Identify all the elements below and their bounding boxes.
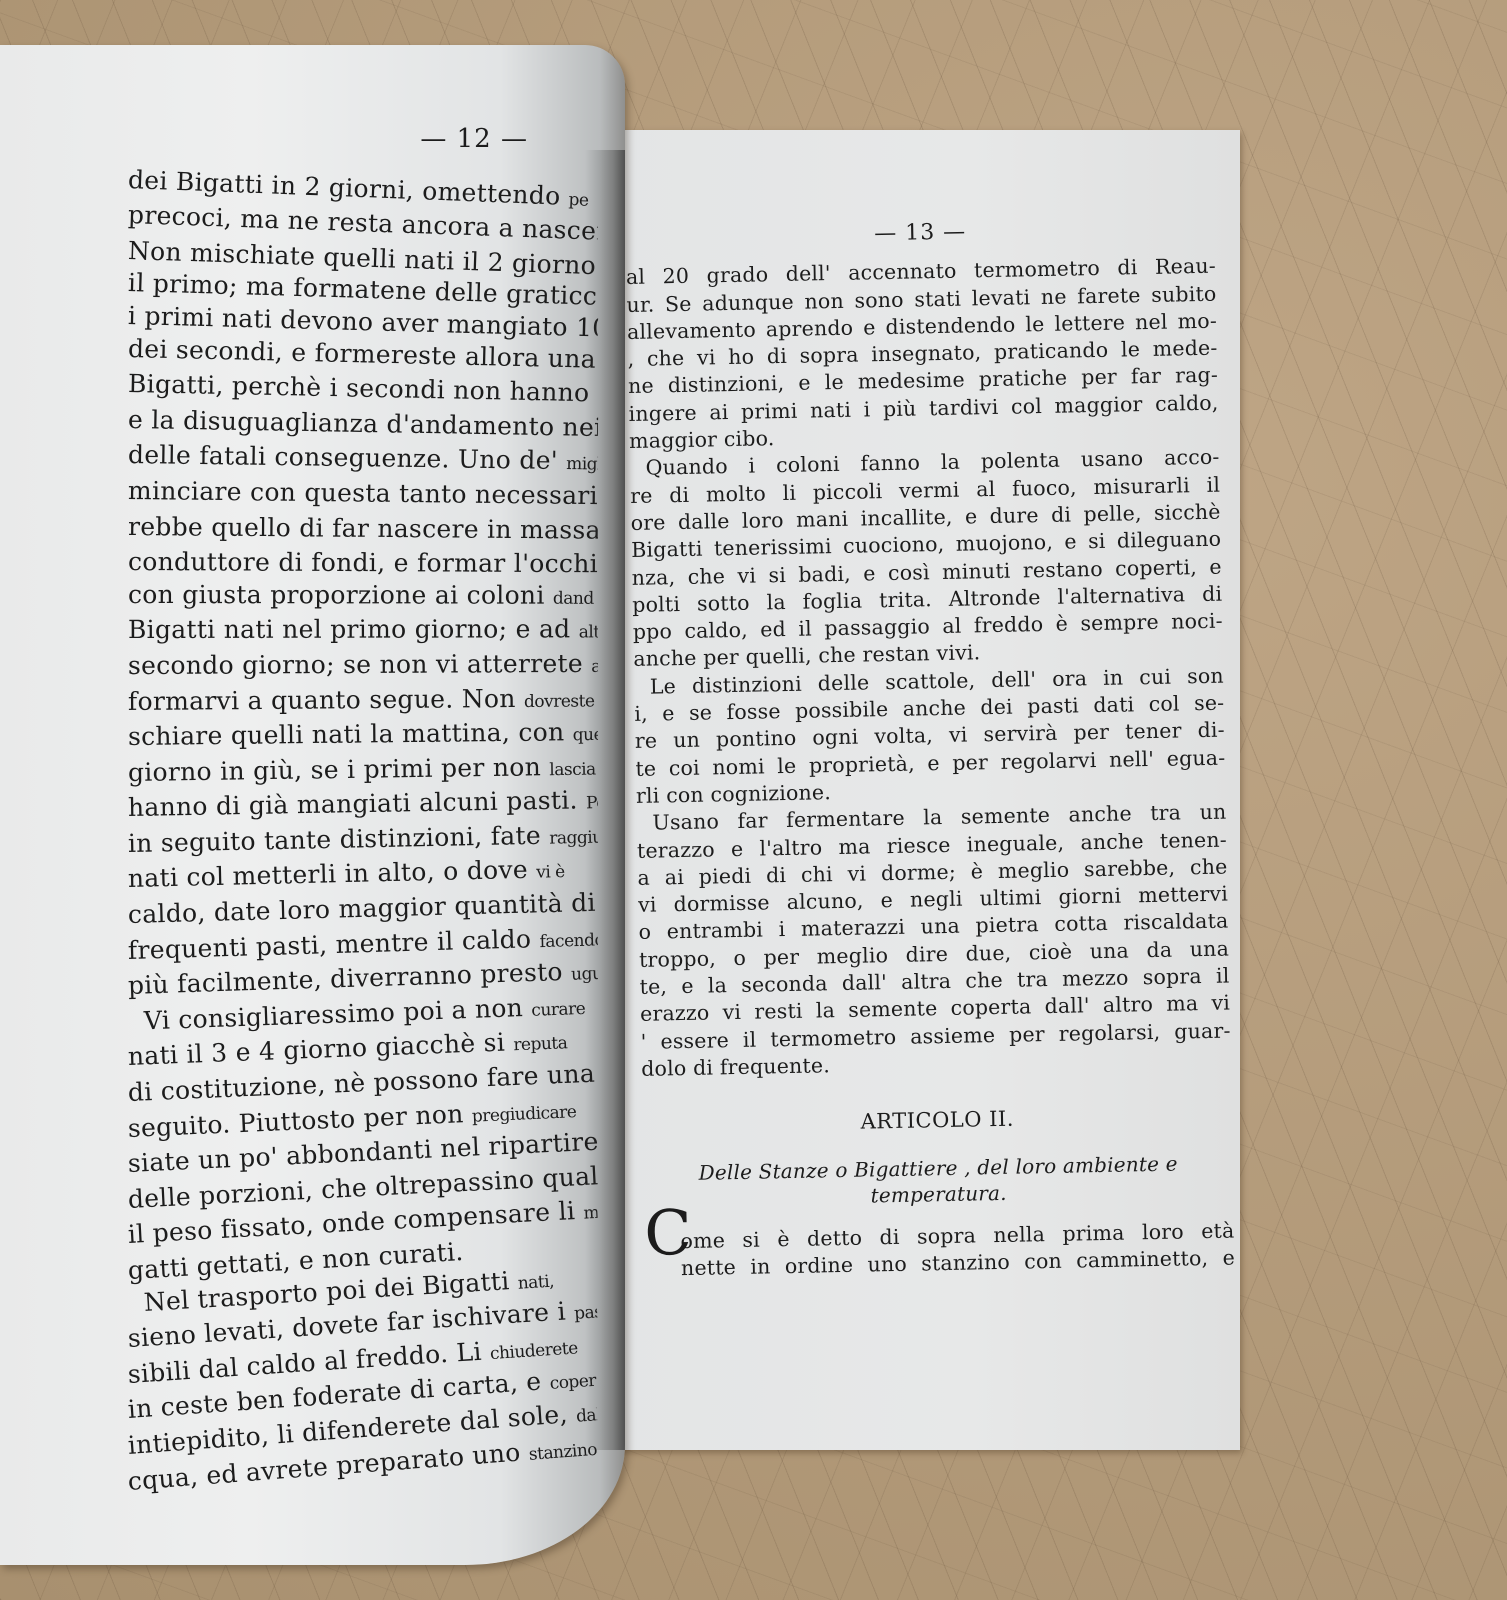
text-line-main: secondo giorno; se non vi atterrete	[128, 649, 591, 680]
text-line-main: formarvi a quanto segue. Non	[128, 683, 524, 715]
text-line-curl-fragment: curare	[531, 993, 586, 1027]
left-page-body: dei Bigatti in 2 giorni, omettendo pepre…	[128, 164, 598, 1502]
text-line-main: e la disuguaglianza d'andamento nei	[128, 405, 598, 442]
text-line-curl-fragment: dall'	[575, 1398, 598, 1433]
text-line-main: con giusta proporzione ai coloni	[128, 580, 553, 610]
text-line: formarvi a quanto segue. Non dovreste	[128, 682, 598, 721]
text-line-curl-fragment: quel	[573, 719, 599, 752]
text-line-curl-fragment: coper	[549, 1365, 597, 1401]
text-line-curl-fragment: raggiung	[549, 821, 598, 855]
text-line-curl-fragment: nati,	[517, 1265, 555, 1300]
article-opening-paragraph: C ome si è detto di sopra nella prima lo…	[644, 1217, 1235, 1283]
right-page-body: al 20 grado dell' accennato termometro d…	[626, 253, 1232, 1083]
text-line-main: hanno di già mangiati alcuni pasti.	[128, 786, 587, 823]
text-line-curl-fragment: miglion	[566, 448, 598, 481]
text-line-main: schiare quelli nati la mattina, con	[128, 717, 573, 751]
left-page: — 12 — dei Bigatti in 2 giorni, omettend…	[0, 45, 625, 1565]
text-line: minciare con questa tanto necessaria u	[128, 475, 598, 516]
page-number-12: — 12 —	[128, 123, 598, 156]
text-line-main: minciare con questa tanto necessaria	[128, 476, 598, 510]
right-page-content: — 13 — al 20 grado dell' accennato termo…	[625, 214, 1235, 1283]
text-line-curl-fragment: pe	[568, 184, 589, 217]
drop-cap-letter: C	[644, 1201, 693, 1264]
page-number-13: — 13 —	[625, 214, 1215, 253]
text-line-main: conduttore di fondi, e formar l'occhio	[128, 547, 598, 578]
text-line-main: nati col metterli in alto, o dove	[128, 855, 537, 893]
left-page-content: — 12 — dei Bigatti in 2 giorni, omettend…	[128, 123, 598, 1501]
text-line: con giusta proporzione ai coloni dand	[128, 579, 598, 615]
text-line-curl-fragment: dovreste	[524, 685, 595, 718]
text-line-curl-fragment: facendo	[539, 924, 598, 958]
text-line-curl-fragment: a ci	[591, 651, 598, 684]
text-line-curl-fragment: dand	[553, 582, 594, 615]
text-line-main: in seguito tante distinzioni, fate	[128, 820, 550, 857]
text-line-curl-fragment: men	[583, 1196, 599, 1230]
text-line-main: giorno in giù, se i primi per non	[128, 752, 550, 787]
text-line-main: delle fatali conseguenze. Uno de'	[128, 440, 567, 475]
text-line: rebbe quello di far nascere in massa la	[128, 511, 598, 550]
right-page: — 13 — al 20 grado dell' accennato termo…	[560, 130, 1240, 1450]
text-line-curl-fragment: uguali	[571, 957, 599, 991]
text-line-curl-fragment: anc	[597, 381, 598, 414]
text-line-curl-fragment: altri	[579, 617, 598, 650]
text-line: Bigatti nati nel primo giorno; e ad altr…	[128, 614, 598, 650]
text-line-curl-fragment: passagg	[573, 1294, 598, 1331]
text-line-curl-fragment: stanzino	[528, 1433, 598, 1471]
text-line: conduttore di fondi, e formar l'occhio	[128, 546, 598, 581]
text-line-main: Bigatti nati nel primo giorno; e ad	[128, 615, 579, 645]
article-subtitle: Delle Stanze o Bigattiere , del loro amb…	[643, 1149, 1234, 1212]
article-opening-lines: ome si è detto di sopra nella prima loro…	[680, 1217, 1235, 1282]
text-line-main: rebbe quello di far nascere in massa	[128, 512, 598, 545]
text-line-curl-fragment: Per	[586, 787, 598, 820]
text-line-curl-fragment: vi è	[536, 856, 565, 889]
book-photo-scene: — 13 — al 20 grado dell' accennato termo…	[0, 0, 1507, 1600]
text-line: secondo giorno; se non vi atterrete a ci	[128, 648, 598, 686]
text-line-curl-fragment: reputa	[513, 1028, 568, 1063]
text-line-curl-fragment: lascia	[549, 753, 596, 786]
article-title: ARTICOLO II.	[642, 1102, 1232, 1141]
